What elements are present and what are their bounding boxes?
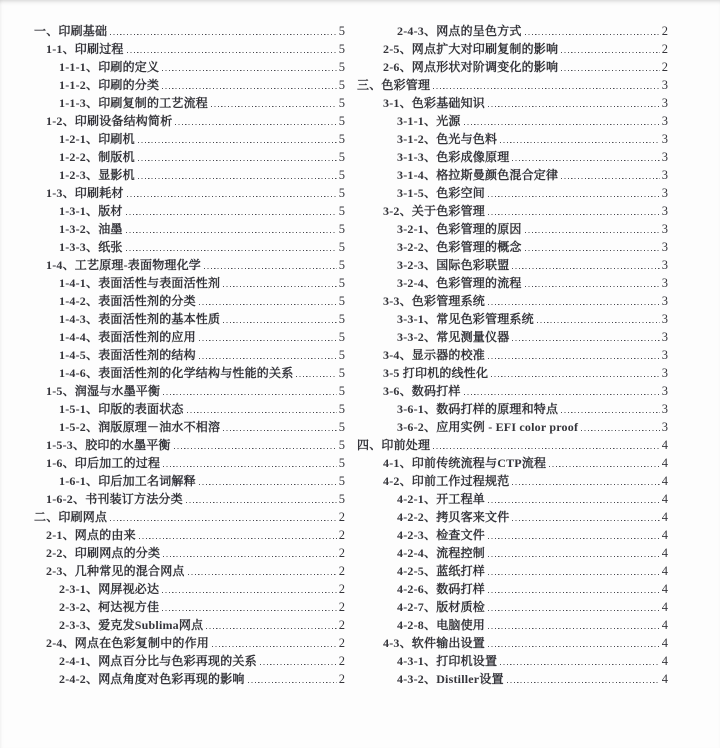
dot-leader — [500, 130, 660, 148]
toc-entry-label: 1-6、印后加工的过程 — [46, 454, 160, 472]
toc-entry-label: 1-3、印刷耗材 — [46, 184, 124, 202]
dot-leader — [488, 94, 660, 112]
dot-leader — [500, 652, 660, 670]
toc-entry: 1-4-5、表面活性剂的结构5 — [34, 346, 345, 364]
toc-entry-label: 4-2-5、蓝纸打样 — [397, 562, 485, 580]
toc-entry-label: 二、印刷网点 — [34, 508, 107, 526]
toc-entry: 3-4、显示器的校准3 — [357, 346, 668, 364]
toc-entry-page: 2 — [339, 562, 345, 580]
toc-entry: 1-4-4、表面活性剂的应用5 — [34, 328, 345, 346]
toc-entry: 4-2-3、检查文件4 — [357, 526, 668, 544]
toc-entry-page: 4 — [662, 454, 668, 472]
toc-entry-label: 3-2-2、色彩管理的概念 — [397, 238, 522, 256]
toc-entry: 3-3、色彩管理系统3 — [357, 292, 668, 310]
toc-entry-page: 5 — [339, 490, 345, 508]
toc-entry-label: 3-6-2、应用实例 - EFI color proof — [397, 418, 578, 436]
toc-entry-label: 1-3-2、油墨 — [59, 220, 123, 238]
toc-entry-page: 2 — [339, 670, 345, 688]
toc-entry: 1-6、印后加工的过程5 — [34, 454, 345, 472]
toc-entry-page: 3 — [662, 292, 668, 310]
toc-entry-page: 2 — [662, 58, 668, 76]
dot-leader — [138, 166, 337, 184]
toc-entry: 4-3-1、打印机设置4 — [357, 652, 668, 670]
toc-entry-label: 4-3-2、Distiller设置 — [397, 670, 504, 688]
toc-entry-page: 5 — [339, 166, 345, 184]
toc-entry-page: 3 — [662, 418, 668, 436]
toc-entry-label: 1-6-2、书刊装订方法分类 — [46, 490, 183, 508]
toc-entry-label: 1-5-3、胶印的水墨平衡 — [46, 436, 171, 454]
dot-leader — [488, 184, 660, 202]
toc-entry: 4-1、印前传统流程与CTP流程4 — [357, 454, 668, 472]
dot-leader — [186, 490, 337, 508]
toc-entry-page: 3 — [662, 202, 668, 220]
toc-entry-page: 3 — [662, 382, 668, 400]
toc-entry-page: 3 — [662, 148, 668, 166]
toc-entry-page: 5 — [339, 454, 345, 472]
toc-entry-label: 3-1、色彩基础知识 — [383, 94, 485, 112]
toc-entry-page: 3 — [662, 220, 668, 238]
toc-entry-label: 三、色彩管理 — [357, 76, 430, 94]
toc-entry: 2-4-3、网点的呈色方式2 — [357, 22, 668, 40]
toc-entry-page: 5 — [339, 292, 345, 310]
toc-entry: 3-1、色彩基础知识3 — [357, 94, 668, 112]
toc-entry-label: 2-5、网点扩大对印刷复制的影响 — [383, 40, 558, 58]
dot-leader — [488, 526, 660, 544]
toc-entry-page: 4 — [662, 436, 668, 454]
dot-leader — [199, 292, 337, 310]
toc-entry-label: 1-4-2、表面活性剂的分类 — [59, 292, 196, 310]
dot-leader — [433, 436, 660, 454]
toc-entry-page: 5 — [339, 220, 345, 238]
toc-entry: 1-2、印刷设备结构简析5 — [34, 112, 345, 130]
dot-leader — [139, 526, 337, 544]
toc-entry: 三、色彩管理3 — [357, 76, 668, 94]
toc-entry-page: 3 — [662, 76, 668, 94]
dot-leader — [488, 544, 660, 562]
dot-leader — [512, 328, 659, 346]
toc-entry-page: 5 — [339, 328, 345, 346]
toc-entry-label: 3-6、数码打样 — [383, 382, 461, 400]
dot-leader — [488, 562, 660, 580]
dot-leader — [162, 580, 337, 598]
toc-entry: 一、印刷基础5 — [34, 22, 345, 40]
dot-leader — [163, 382, 337, 400]
toc-entry-page: 4 — [662, 598, 668, 616]
toc-entry-page: 4 — [662, 580, 668, 598]
dot-leader — [223, 274, 337, 292]
toc-entry: 1-5-2、润版原理－油水不相溶5 — [34, 418, 345, 436]
toc-entry-label: 1-1、印刷过程 — [46, 40, 124, 58]
toc-entry-label: 2-4-1、网点百分比与色彩再现的关系 — [59, 652, 257, 670]
toc-entry-label: 1-1-2、印刷的分类 — [59, 76, 159, 94]
toc-entry: 1-4-6、表面活性剂的化学结构与性能的关系5 — [34, 364, 345, 382]
dot-leader — [488, 598, 660, 616]
dot-leader — [187, 400, 337, 418]
toc-entry-page: 3 — [662, 400, 668, 418]
toc-entry-label: 3-3-2、常见测量仪器 — [397, 328, 509, 346]
dot-leader — [163, 544, 337, 562]
toc-entry-label: 1-2-2、制版机 — [59, 148, 135, 166]
toc-entry-label: 1-3-1、版材 — [59, 202, 123, 220]
toc-entry-page: 5 — [339, 418, 345, 436]
dot-leader — [433, 76, 660, 94]
toc-entry-label: 3-3、色彩管理系统 — [383, 292, 485, 310]
toc-entry-page: 2 — [339, 580, 345, 598]
toc-entry: 二、印刷网点2 — [34, 508, 345, 526]
toc-entry-page: 2 — [662, 40, 668, 58]
toc-entry-label: 2-6、网点形状对阶调变化的影响 — [383, 58, 558, 76]
toc-entry: 2-6、网点形状对阶调变化的影响2 — [357, 58, 668, 76]
toc-entry-label: 3-2-1、色彩管理的原因 — [397, 220, 522, 238]
toc-entry-page: 2 — [339, 598, 345, 616]
toc-entry: 1-3-2、油墨5 — [34, 220, 345, 238]
toc-entry-page: 3 — [662, 166, 668, 184]
toc-entry: 2-3-1、网屏视必达2 — [34, 580, 345, 598]
dot-leader — [561, 40, 660, 58]
dot-leader — [464, 382, 660, 400]
toc-entry-label: 1-5-2、润版原理－油水不相溶 — [59, 418, 220, 436]
toc-entry-page: 5 — [339, 436, 345, 454]
toc-entry: 1-3、印刷耗材5 — [34, 184, 345, 202]
toc-entry-page: 2 — [339, 544, 345, 562]
toc-entry-label: 3-1-4、格拉斯曼颜色混合定律 — [397, 166, 558, 184]
toc-entry-label: 1-2-1、印刷机 — [59, 130, 135, 148]
toc-entry: 3-1-1、光源3 — [357, 112, 668, 130]
dot-leader — [491, 364, 660, 382]
document-page: 一、印刷基础51-1、印刷过程51-1-1、印刷的定义51-1-2、印刷的分类5… — [0, 0, 720, 748]
toc-entry-page: 2 — [339, 634, 345, 652]
toc-entry: 3-1-3、色彩成像原理3 — [357, 148, 668, 166]
toc-entry-label: 3-2-3、国际色彩联盟 — [397, 256, 509, 274]
dot-leader — [488, 490, 660, 508]
toc-entry-page: 5 — [339, 76, 345, 94]
toc-entry-label: 1-4-3、表面活性剂的基本性质 — [59, 310, 220, 328]
dot-leader — [199, 472, 337, 490]
dot-leader — [162, 76, 337, 94]
toc-entry-page: 5 — [339, 184, 345, 202]
dot-leader — [488, 634, 660, 652]
toc-entry: 2-4-1、网点百分比与色彩再现的关系2 — [34, 652, 345, 670]
toc-entry-page: 3 — [662, 346, 668, 364]
dot-leader — [127, 184, 337, 202]
toc-entry-page: 2 — [339, 526, 345, 544]
toc-entry-label: 3-4、显示器的校准 — [383, 346, 485, 364]
dot-leader — [175, 112, 336, 130]
toc-entry-label: 4-2-3、检查文件 — [397, 526, 485, 544]
toc-entry-page: 5 — [339, 472, 345, 490]
toc-entry-label: 3-5 打印机的线性化 — [383, 364, 488, 382]
toc-entry: 4-2、印前工作过程规范4 — [357, 472, 668, 490]
toc-entry: 3-3-2、常见测量仪器3 — [357, 328, 668, 346]
dot-leader — [512, 508, 659, 526]
toc-entry-page: 5 — [339, 40, 345, 58]
toc-entry: 4-3、软件输出设置4 — [357, 634, 668, 652]
dot-leader — [188, 562, 337, 580]
toc-entry: 1-4、工艺原理-表面物理化学5 — [34, 256, 345, 274]
dot-leader — [296, 364, 336, 382]
toc-entry-label: 2-3-1、网屏视必达 — [59, 580, 159, 598]
toc-entry-label: 1-4-6、表面活性剂的化学结构与性能的关系 — [59, 364, 293, 382]
toc-entry-label: 1-3-3、纸张 — [59, 238, 123, 256]
toc-entry: 1-4-2、表面活性剂的分类5 — [34, 292, 345, 310]
toc-entry: 2-4-2、网点角度对色彩再现的影响2 — [34, 670, 345, 688]
toc-entry: 1-5-3、胶印的水墨平衡5 — [34, 436, 345, 454]
dot-leader — [512, 256, 659, 274]
toc-entry-label: 4-2-1、开工程单 — [397, 490, 485, 508]
toc-entry: 3-2、关于色彩管理3 — [357, 202, 668, 220]
table-of-contents: 一、印刷基础51-1、印刷过程51-1-1、印刷的定义51-1-2、印刷的分类5… — [34, 22, 668, 688]
dot-leader — [163, 454, 337, 472]
dot-leader — [561, 58, 660, 76]
toc-entry-label: 4-2、印前工作过程规范 — [383, 472, 509, 490]
toc-entry-label: 1-6-1、印后加工名词解释 — [59, 472, 196, 490]
toc-entry-page: 3 — [662, 328, 668, 346]
toc-entry: 4-2-7、版材质检4 — [357, 598, 668, 616]
toc-entry-page: 5 — [339, 112, 345, 130]
toc-entry: 1-3-1、版材5 — [34, 202, 345, 220]
dot-leader — [512, 148, 659, 166]
toc-entry-label: 2-2、印刷网点的分类 — [46, 544, 160, 562]
toc-entry-page: 3 — [662, 310, 668, 328]
toc-entry-page: 3 — [662, 238, 668, 256]
dot-leader — [488, 580, 660, 598]
toc-entry-label: 1-2、印刷设备结构简析 — [46, 112, 172, 130]
dot-leader — [110, 22, 337, 40]
toc-entry: 2-3-3、爱克发Sublima网点2 — [34, 616, 345, 634]
toc-entry-label: 2-1、网点的由来 — [46, 526, 136, 544]
toc-entry-label: 3-2、关于色彩管理 — [383, 202, 485, 220]
toc-entry: 四、印前处理4 — [357, 436, 668, 454]
dot-leader — [199, 346, 337, 364]
dot-leader — [138, 148, 337, 166]
toc-entry-label: 1-1-3、印刷复制的工艺流程 — [59, 94, 208, 112]
toc-entry: 3-6-2、应用实例 - EFI color proof3 — [357, 418, 668, 436]
toc-entry: 3-1-5、色彩空间3 — [357, 184, 668, 202]
toc-entry-label: 4-3-1、打印机设置 — [397, 652, 497, 670]
toc-entry: 1-5、润湿与水墨平衡5 — [34, 382, 345, 400]
toc-entry-page: 2 — [339, 652, 345, 670]
toc-entry-label: 4-2-4、流程控制 — [397, 544, 485, 562]
dot-leader — [248, 670, 337, 688]
toc-entry: 1-2-1、印刷机5 — [34, 130, 345, 148]
toc-entry: 4-2-6、数码打样4 — [357, 580, 668, 598]
toc-entry-page: 5 — [339, 94, 345, 112]
toc-entry-label: 4-2-7、版材质检 — [397, 598, 485, 616]
toc-entry-label: 2-4-2、网点角度对色彩再现的影响 — [59, 670, 245, 688]
toc-entry-label: 1-5-1、印版的表面状态 — [59, 400, 184, 418]
toc-entry-page: 3 — [662, 112, 668, 130]
toc-entry-page: 5 — [339, 148, 345, 166]
toc-entry-label: 1-5、润湿与水墨平衡 — [46, 382, 160, 400]
toc-entry: 1-6-2、书刊装订方法分类5 — [34, 490, 345, 508]
toc-entry: 4-3-2、Distiller设置4 — [357, 670, 668, 688]
dot-leader — [174, 436, 337, 454]
toc-entry: 1-5-1、印版的表面状态5 — [34, 400, 345, 418]
toc-entry-label: 4-2-6、数码打样 — [397, 580, 485, 598]
toc-entry: 2-2、印刷网点的分类2 — [34, 544, 345, 562]
toc-entry-page: 5 — [339, 364, 345, 382]
toc-entry-label: 4-1、印前传统流程与CTP流程 — [383, 454, 546, 472]
toc-entry-label: 3-1-3、色彩成像原理 — [397, 148, 509, 166]
toc-entry-label: 3-1-2、色光与色料 — [397, 130, 497, 148]
toc-entry-page: 5 — [339, 58, 345, 76]
dot-leader — [537, 310, 660, 328]
toc-entry-label: 3-6-1、数码打样的原理和特点 — [397, 400, 558, 418]
toc-entry: 2-3-2、柯达视方佳2 — [34, 598, 345, 616]
toc-entry-label: 1-1-1、印刷的定义 — [59, 58, 159, 76]
toc-entry: 1-1-3、印刷复制的工艺流程5 — [34, 94, 345, 112]
toc-entry: 3-2-4、色彩管理的流程3 — [357, 274, 668, 292]
toc-entry: 3-2-1、色彩管理的原因3 — [357, 220, 668, 238]
dot-leader — [525, 238, 660, 256]
toc-entry: 3-3-1、常见色彩管理系统3 — [357, 310, 668, 328]
toc-entry-label: 3-3-1、常见色彩管理系统 — [397, 310, 534, 328]
dot-leader — [162, 598, 337, 616]
toc-entry: 4-2-2、拷贝客来文件4 — [357, 508, 668, 526]
toc-entry: 1-2-2、制版机5 — [34, 148, 345, 166]
dot-leader — [507, 670, 660, 688]
toc-entry-page: 3 — [662, 184, 668, 202]
dot-leader — [488, 346, 660, 364]
toc-entry-label: 1-4、工艺原理-表面物理化学 — [46, 256, 201, 274]
toc-entry: 4-2-8、电脑使用4 — [357, 616, 668, 634]
toc-entry: 4-2-5、蓝纸打样4 — [357, 562, 668, 580]
dot-leader — [549, 454, 660, 472]
toc-entry: 1-1、印刷过程5 — [34, 40, 345, 58]
dot-leader — [525, 274, 660, 292]
dot-leader — [223, 418, 337, 436]
toc-entry: 1-4-1、表面活性与表面活性剂5 — [34, 274, 345, 292]
toc-entry-label: 2-3、几种常见的混合网点 — [46, 562, 185, 580]
toc-entry-label: 2-3-2、柯达视方佳 — [59, 598, 159, 616]
toc-entry-label: 3-2-4、色彩管理的流程 — [397, 274, 522, 292]
toc-column-right: 2-4-3、网点的呈色方式22-5、网点扩大对印刷复制的影响22-6、网点形状对… — [357, 22, 668, 688]
toc-entry: 3-2-3、国际色彩联盟3 — [357, 256, 668, 274]
toc-entry-page: 5 — [339, 202, 345, 220]
toc-entry-page: 4 — [662, 472, 668, 490]
toc-entry: 3-2-2、色彩管理的概念3 — [357, 238, 668, 256]
toc-entry-page: 4 — [662, 562, 668, 580]
dot-leader — [110, 508, 337, 526]
toc-entry-page: 4 — [662, 634, 668, 652]
toc-entry-label: 4-2-8、电脑使用 — [397, 616, 485, 634]
dot-leader — [126, 202, 337, 220]
dot-leader — [260, 652, 337, 670]
toc-entry-page: 5 — [339, 346, 345, 364]
dot-leader — [204, 256, 337, 274]
toc-entry: 4-2-4、流程控制4 — [357, 544, 668, 562]
toc-entry-label: 2-4、网点在色彩复制中的作用 — [46, 634, 209, 652]
toc-column-left: 一、印刷基础51-1、印刷过程51-1-1、印刷的定义51-1-2、印刷的分类5… — [34, 22, 345, 688]
toc-entry: 2-3、几种常见的混合网点2 — [34, 562, 345, 580]
toc-entry: 2-1、网点的由来2 — [34, 526, 345, 544]
dot-leader — [512, 472, 659, 490]
toc-entry-label: 2-4-3、网点的呈色方式 — [397, 22, 522, 40]
toc-entry-page: 2 — [662, 22, 668, 40]
toc-entry: 1-6-1、印后加工名词解释5 — [34, 472, 345, 490]
toc-entry: 1-2-3、显影机5 — [34, 166, 345, 184]
toc-entry: 1-3-3、纸张5 — [34, 238, 345, 256]
toc-entry-label: 1-4-4、表面活性剂的应用 — [59, 328, 196, 346]
toc-entry-page: 4 — [662, 670, 668, 688]
dot-leader — [211, 94, 337, 112]
dot-leader — [525, 22, 660, 40]
toc-entry-page: 3 — [662, 130, 668, 148]
dot-leader — [488, 616, 660, 634]
toc-entry-label: 四、印前处理 — [357, 436, 430, 454]
dot-leader — [206, 616, 336, 634]
toc-entry-page: 5 — [339, 22, 345, 40]
dot-leader — [525, 220, 660, 238]
toc-entry-page: 2 — [339, 616, 345, 634]
toc-entry-label: 1-4-1、表面活性与表面活性剂 — [59, 274, 220, 292]
toc-entry-label: 2-3-3、爱克发Sublima网点 — [59, 616, 203, 634]
toc-entry-page: 5 — [339, 256, 345, 274]
toc-entry-page: 4 — [662, 490, 668, 508]
toc-entry-label: 3-1-1、光源 — [397, 112, 461, 130]
dot-leader — [127, 40, 337, 58]
dot-leader — [488, 292, 660, 310]
toc-entry: 3-1-4、格拉斯曼颜色混合定律3 — [357, 166, 668, 184]
toc-entry: 2-4、网点在色彩复制中的作用2 — [34, 634, 345, 652]
toc-entry-label: 3-1-5、色彩空间 — [397, 184, 485, 202]
toc-entry-label: 4-2-2、拷贝客来文件 — [397, 508, 509, 526]
toc-entry: 1-4-3、表面活性剂的基本性质5 — [34, 310, 345, 328]
toc-entry-page: 3 — [662, 364, 668, 382]
toc-entry: 2-5、网点扩大对印刷复制的影响2 — [357, 40, 668, 58]
toc-entry-page: 4 — [662, 652, 668, 670]
dot-leader — [581, 418, 660, 436]
toc-entry: 1-1-2、印刷的分类5 — [34, 76, 345, 94]
toc-entry-page: 4 — [662, 616, 668, 634]
toc-entry: 3-1-2、色光与色料3 — [357, 130, 668, 148]
dot-leader — [126, 238, 337, 256]
dot-leader — [223, 310, 337, 328]
toc-entry-page: 5 — [339, 310, 345, 328]
toc-entry-label: 1-4-5、表面活性剂的结构 — [59, 346, 196, 364]
toc-entry-page: 5 — [339, 130, 345, 148]
toc-entry: 3-5 打印机的线性化3 — [357, 364, 668, 382]
dot-leader — [561, 400, 660, 418]
toc-entry-page: 5 — [339, 382, 345, 400]
dot-leader — [126, 220, 337, 238]
toc-entry: 3-6、数码打样3 — [357, 382, 668, 400]
dot-leader — [488, 202, 660, 220]
dot-leader — [199, 328, 337, 346]
toc-entry-page: 5 — [339, 274, 345, 292]
toc-entry: 3-6-1、数码打样的原理和特点3 — [357, 400, 668, 418]
toc-entry-page: 4 — [662, 526, 668, 544]
toc-entry-label: 1-2-3、显影机 — [59, 166, 135, 184]
toc-entry-page: 4 — [662, 544, 668, 562]
toc-entry-page: 5 — [339, 400, 345, 418]
toc-entry-label: 4-3、软件输出设置 — [383, 634, 485, 652]
toc-entry-page: 3 — [662, 274, 668, 292]
toc-entry-label: 一、印刷基础 — [34, 22, 107, 40]
dot-leader — [138, 130, 337, 148]
toc-entry: 4-2-1、开工程单4 — [357, 490, 668, 508]
toc-entry-page: 2 — [339, 508, 345, 526]
dot-leader — [561, 166, 660, 184]
toc-entry-page: 4 — [662, 508, 668, 526]
dot-leader — [162, 58, 337, 76]
toc-entry-page: 5 — [339, 238, 345, 256]
dot-leader — [464, 112, 660, 130]
dot-leader — [212, 634, 337, 652]
toc-entry-page: 3 — [662, 94, 668, 112]
toc-entry-page: 3 — [662, 256, 668, 274]
toc-entry: 1-1-1、印刷的定义5 — [34, 58, 345, 76]
